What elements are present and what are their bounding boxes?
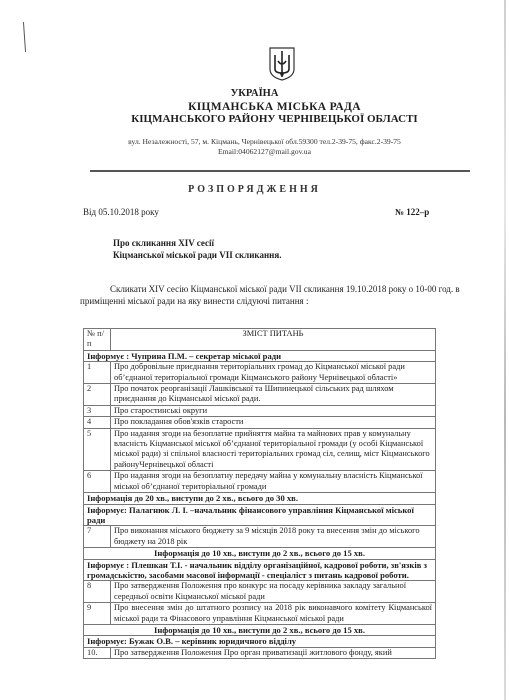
header-divider [90, 170, 470, 172]
email: Email:04062127@mail.gov.ua [20, 147, 509, 156]
speaker-info-text: Інформує: Бужак О.В. – керівник юридично… [84, 636, 436, 647]
item-text: Про покладання обов'язків старости [111, 417, 436, 428]
speaker-info-row: Інформація до 10 хв., виступи до 2 хв., … [84, 624, 436, 635]
speaker-info-text: Інформує : Чуприна П.М. – секретар міськ… [84, 350, 436, 361]
item-text: Про внесення змін до штатного розпису на… [111, 603, 436, 625]
item-text: Про добровільне приєднання територіальни… [111, 362, 436, 384]
council-name: КІЦМАНСЬКА МІСЬКА РАДА [20, 101, 509, 113]
item-text: Про виконання міського бюджету за 9 міся… [111, 526, 436, 548]
document-subject: Про скликання XIV сесії Кіцманської місь… [113, 237, 281, 261]
address: вул. Незалежності, 57, м. Кіцмань, Черні… [20, 137, 509, 146]
table-row: 5Про надання згоди на безоплатне прийнят… [84, 428, 436, 471]
speaker-info-row: Інформує: Бужак О.В. – керівник юридично… [84, 636, 436, 647]
item-number: 3 [84, 405, 111, 416]
intro-paragraph: Скликати XIV сесію Кіцманської міської р… [80, 283, 480, 307]
agenda-table: № п/п ЗМІСТ ПИТАНЬ Інформує : Чуприна П.… [83, 328, 436, 659]
item-text: Про затвердження Положення про конкурс н… [111, 581, 436, 603]
speaker-info-text: Інформація до 20 хв., виступи до 2 хв., … [84, 493, 436, 504]
trident-coat-of-arms-icon [269, 47, 295, 81]
document-date: Від 05.10.2018 року [83, 207, 159, 217]
table-row: 7Про виконання міського бюджету за 9 міс… [84, 526, 436, 548]
speaker-info-text: Інформація до 10 хв., виступи до 2 хв., … [84, 624, 436, 635]
table-row: 2Про початок реорганізації Лашківської т… [84, 384, 436, 406]
document-page: УКРАЇНА КІЦМАНСЬКА МІСЬКА РАДА КІЦМАНСЬК… [0, 0, 509, 700]
item-text: Про затвердження Положення Про орган при… [111, 647, 436, 658]
item-text: Про старостинські округи [111, 405, 436, 416]
table-row: 4Про покладання обов'язків старости [84, 417, 436, 428]
item-text: Про надання згоди на безоплатну передачу… [111, 471, 436, 493]
item-number: 6 [84, 471, 111, 493]
district-name: КІЦМАНСЬКОГО РАЙОНУ ЧЕРНІВЕЦЬКОЇ ОБЛАСТІ [20, 113, 509, 125]
table-row: 8Про затвердження Положення про конкурс … [84, 581, 436, 603]
item-number: 2 [84, 384, 111, 406]
subject-line-2: Кіцманської міської ради VII скликання. [113, 249, 281, 261]
item-number: 10. [84, 647, 111, 658]
item-text: Про надання згоди на безоплатне прийнятт… [111, 428, 436, 471]
item-number: 8 [84, 581, 111, 603]
item-number: 7 [84, 526, 111, 548]
speaker-info-row: Інформує : Плешкан Т.І. - начальник відд… [84, 559, 436, 581]
speaker-info-text: Інформує : Плешкан Т.І. - начальник відд… [84, 559, 436, 581]
table-row: 3Про старостинські округи [84, 405, 436, 416]
table-header-row: № п/п ЗМІСТ ПИТАНЬ [84, 329, 436, 351]
document-number: № 122–р [395, 207, 429, 217]
table-row: 1Про добровільне приєднання територіальн… [84, 362, 436, 384]
table-row: 6Про надання згоди на безоплатну передач… [84, 471, 436, 493]
col-content-header: ЗМІСТ ПИТАНЬ [111, 329, 436, 351]
col-num-header: № п/п [84, 329, 111, 351]
speaker-info-row: Інформує: Палагнюк Л. І. –начальник фіна… [84, 504, 436, 526]
speaker-info-text: Інформація до 10 хв., виступи до 2 хв., … [84, 548, 436, 559]
country-name: УКРАЇНА [0, 88, 509, 99]
item-number: 5 [84, 428, 111, 471]
item-text: Про початок реорганізації Лашківської та… [111, 384, 436, 406]
speaker-info-row: Інформація до 20 хв., виступи до 2 хв., … [84, 493, 436, 504]
document-title: РОЗПОРЯДЖЕННЯ [0, 184, 509, 195]
subject-line-1: Про скликання XIV сесії [113, 237, 281, 249]
speaker-info-row: Інформує : Чуприна П.М. – секретар міськ… [84, 350, 436, 361]
table-row: 10.Про затвердження Положення Про орган … [84, 647, 436, 658]
pen-mark [23, 22, 26, 52]
table-row: 9Про внесення змін до штатного розпису н… [84, 603, 436, 625]
item-number: 4 [84, 417, 111, 428]
speaker-info-row: Інформація до 10 хв., виступи до 2 хв., … [84, 548, 436, 559]
speaker-info-text: Інформує: Палагнюк Л. І. –начальник фіна… [84, 504, 436, 526]
item-number: 1 [84, 362, 111, 384]
item-number: 9 [84, 603, 111, 625]
